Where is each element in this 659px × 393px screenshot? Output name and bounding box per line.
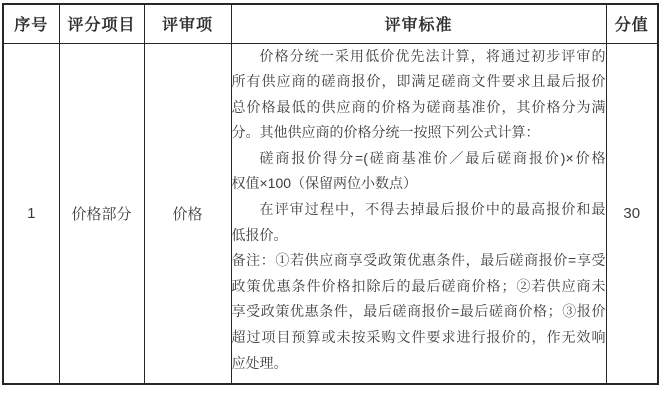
cell-scoring-item: 价格部分 [59, 43, 144, 384]
cell-row-index: 1 [3, 43, 59, 384]
cell-score-value: 30 [606, 43, 658, 384]
criteria-line: 权值×100（保留两位小数点） [232, 171, 606, 197]
criteria-line: 在评审过程中，不得去掉最后报价中的最高报价和最 [232, 197, 606, 223]
criteria-line: 应处理。 [232, 351, 606, 377]
criteria-line: 分。其他供应商的价格分统一按照下列公式计算： [232, 120, 606, 146]
criteria-line: 超过项目预算或未按采购文件要求进行报价的，作无效响 [232, 325, 606, 351]
col-header-review: 评审项 [144, 4, 231, 43]
col-header-score: 分值 [606, 4, 658, 43]
table-row: 1 价格部分 价格 价格分统一采用低价优先法计算，将通过初步评审的所有供应商的磋… [3, 43, 658, 384]
table-header-row: 序号 评分项目 评审项 评审标准 分值 [3, 4, 658, 43]
criteria-line: 价格分统一采用低价优先法计算，将通过初步评审的 [232, 44, 606, 70]
evaluation-criteria-page: 序号 评分项目 评审项 评审标准 分值 1 价格部分 价格 价格分统一采用低价优… [0, 0, 659, 393]
criteria-line: 磋商报价得分=(磋商基准价／最后磋商报价)×价格 [232, 146, 606, 172]
criteria-line: 所有供应商的磋商报价，即满足磋商文件要求且最后报价 [232, 69, 606, 95]
criteria-text-block: 价格分统一采用低价优先法计算，将通过初步评审的所有供应商的磋商报价，即满足磋商文… [232, 44, 606, 377]
col-header-criteria: 评审标准 [231, 4, 606, 43]
criteria-line: 备注：①若供应商享受政策优惠条件，最后磋商报价=享受 [232, 248, 606, 274]
evaluation-criteria-table: 序号 评分项目 评审项 评审标准 分值 1 价格部分 价格 价格分统一采用低价优… [2, 3, 659, 385]
criteria-line: 总价格最低的供应商的价格为磋商基准价，其价格分为满 [232, 95, 606, 121]
criteria-line: 享受政策优惠条件，最后磋商报价=最后磋商价格；③报价 [232, 299, 606, 325]
col-header-index: 序号 [3, 4, 59, 43]
criteria-line: 政策优惠条件价格扣除后的最后磋商价格；②若供应商未 [232, 274, 606, 300]
cell-review-item: 价格 [144, 43, 231, 384]
cell-criteria: 价格分统一采用低价优先法计算，将通过初步评审的所有供应商的磋商报价，即满足磋商文… [231, 43, 606, 384]
col-header-item: 评分项目 [59, 4, 144, 43]
criteria-line: 低报价。 [232, 223, 606, 249]
